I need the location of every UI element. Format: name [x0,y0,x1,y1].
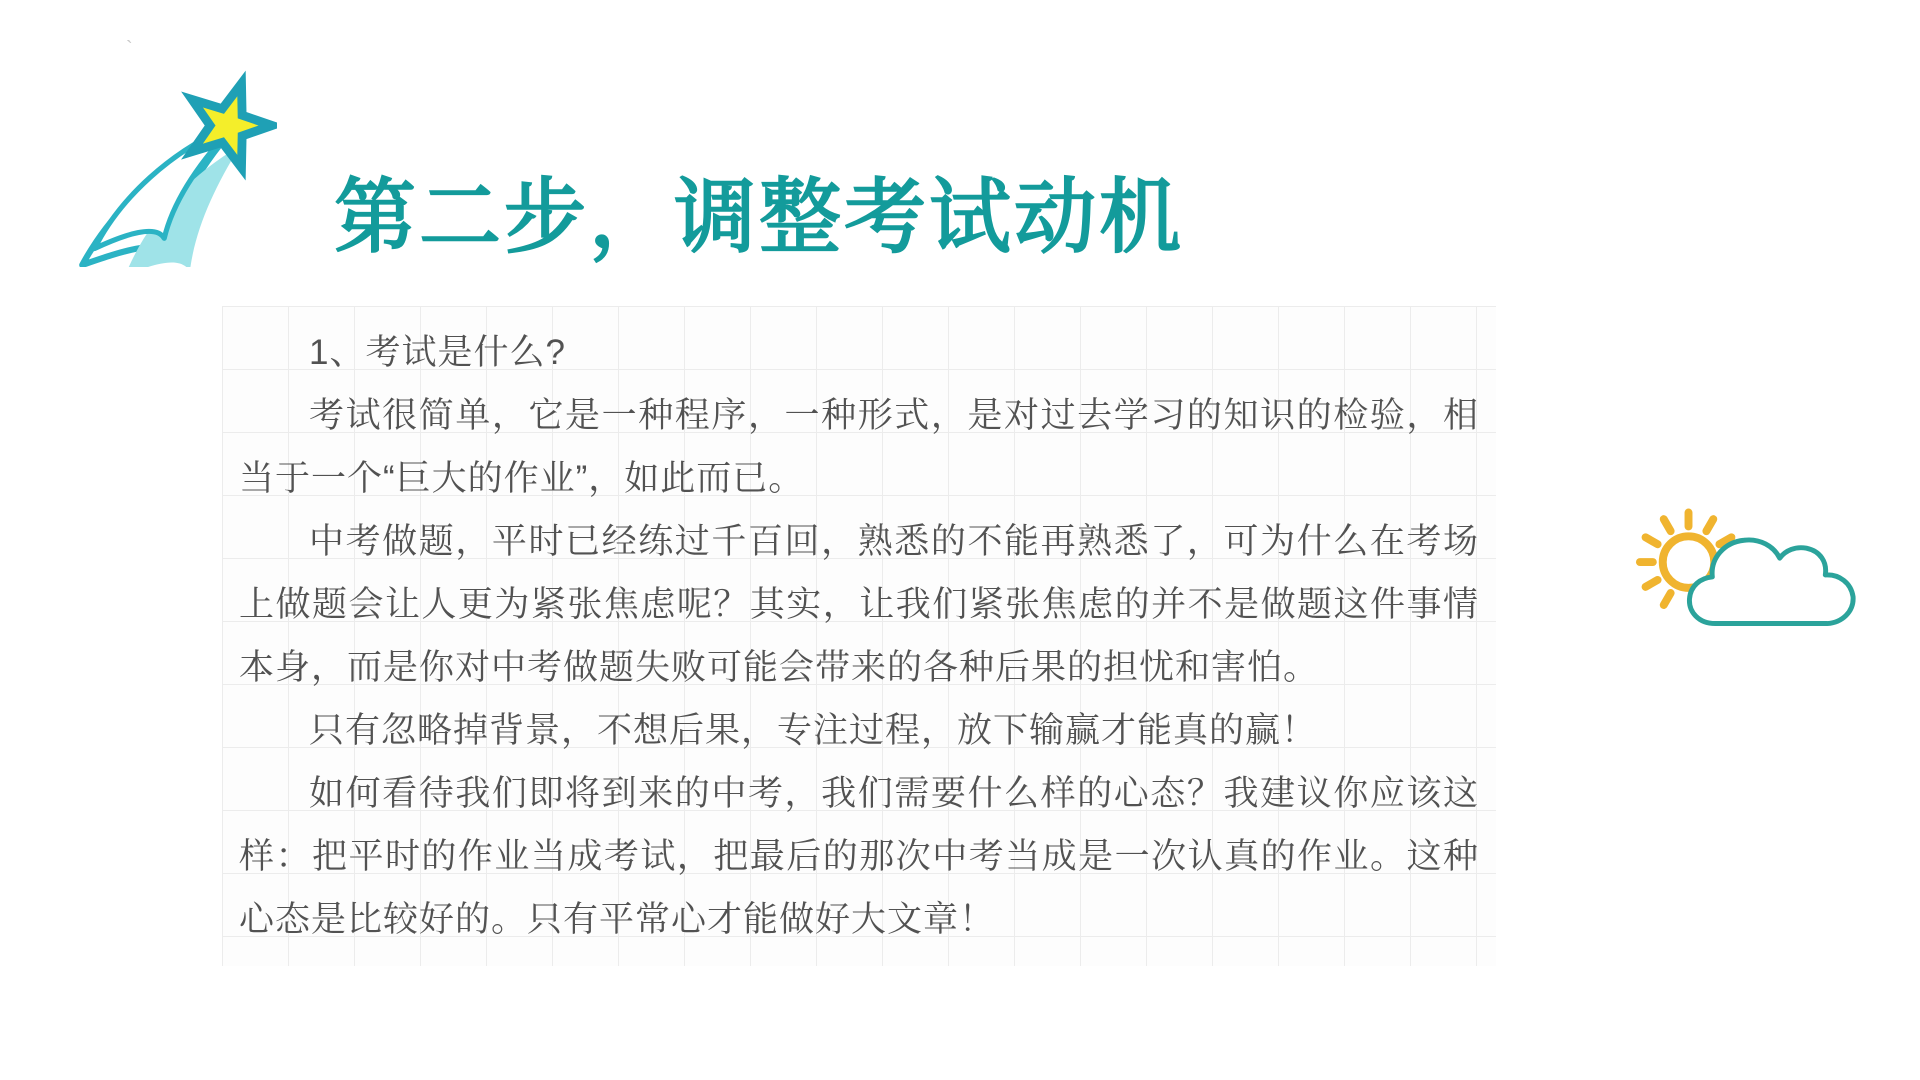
paragraph-exam-question: 1、考试是什么? [239,321,1479,384]
paragraph-exam-anxiety: 中考做题，平时已经练过千百回，熟悉的不能再熟悉了，可为什么在考场上做题会让人更为… [239,510,1479,699]
presentation-slide: ` 第二步，调整考试动机 1、考试是什么? 考试很简单，它是一种程序，一种形式，… [0,0,1920,1080]
shooting-star-svg [72,62,277,267]
shooting-star-icon [72,62,277,267]
stray-mark: ` [126,38,133,61]
slide-title: 第二步，调整考试动机 [334,152,1184,269]
body-text-panel: 1、考试是什么? 考试很简单，它是一种程序，一种形式，是对过去学习的知识的检验，… [222,306,1496,966]
paragraph-focus-process: 只有忽略掉背景，不想后果，专注过程，放下输赢才能真的赢！ [239,699,1479,762]
paragraph-mindset-advice: 如何看待我们即将到来的中考，我们需要什么样的心态？我建议你应该这样：把平时的作业… [239,762,1479,951]
sun-behind-cloud-icon [1633,496,1861,646]
sun-cloud-svg [1633,496,1861,646]
paragraph-exam-definition: 考试很简单，它是一种程序，一种形式，是对过去学习的知识的检验，相当于一个“巨大的… [239,384,1479,510]
